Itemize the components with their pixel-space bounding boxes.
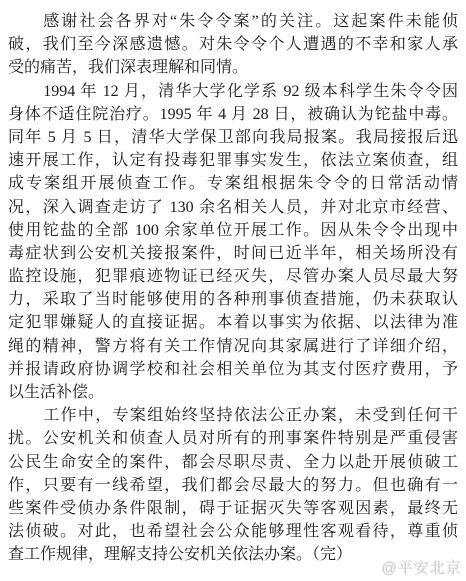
text-line: 作，只要有一线希望，我们都会尽最大的努力。但也确有一 <box>8 474 458 497</box>
text-line: 并报请政府协调学校和社会相关单位为其支付医疗费用，予 <box>8 358 458 381</box>
text-line: 工作中，专案组始终坚持依法公正办案，未受到任何干 <box>8 404 458 427</box>
text-line: 力，采取了当时能够使用的各种刑事侦查措施，仍未获取认 <box>8 288 458 311</box>
text-line: 况，深入调查走访了 130 余名相关人员，并对北京市经营、 <box>8 196 458 219</box>
text-line: 毒症状到公安机关接报案件，时间已近半年，相关场所没有 <box>8 242 458 265</box>
statement-document: 感谢社会各界对“朱令令案”的关注。这起案件未能侦 破，我们至今深感遗憾。对朱令令… <box>8 10 458 567</box>
text-line: 1994 年 12 月，清华大学化学系 92 级本科学生朱令令因 <box>8 80 458 103</box>
text-line: 定犯罪嫌疑人的直接证据。本着以事实为依据、以法律为准 <box>8 311 458 334</box>
text-line: 以生活补偿。 <box>8 381 458 404</box>
text-line: 绳的精神，警方将有关工作情况向其家属进行了详细介绍， <box>8 335 458 358</box>
weibo-watermark: @平安北京 <box>382 557 462 578</box>
text-line: 扰。公安机关和侦查人员对所有的刑事案件特别是严重侵害 <box>8 427 458 450</box>
text-line: 破，我们至今深感遗憾。对朱令令个人遭遇的不幸和家人承 <box>8 33 458 56</box>
text-line: 速开展工作，认定有投毒犯罪事实发生，依法立案侦查，组 <box>8 149 458 172</box>
text-line: 使用铊盐的全部 100 余家单位开展工作。因从朱令令出现中 <box>8 219 458 242</box>
text-line: 感谢社会各界对“朱令令案”的关注。这起案件未能侦 <box>8 10 458 33</box>
text-line: 身体不适住院治疗。1995 年 4 月 28 日，被确认为铊盐中毒。 <box>8 103 458 126</box>
text-line: 同年 5 月 5 日，清华大学保卫部向我局报案。我局接报后迅 <box>8 126 458 149</box>
text-line: 公民生命安全的案件，都会尽职尽责、全力以赴开展侦破工 <box>8 451 458 474</box>
text-line: 些案件受侦办条件限制，碍于证据灭失等客观因素，最终无 <box>8 497 458 520</box>
text-line: 受的痛苦，我们深表理解和同情。 <box>8 56 458 79</box>
text-line: 法侦破。对此，也希望社会公众能够理性客观看待，尊重侦 <box>8 520 458 543</box>
text-line: 成专案组开展侦查工作。专案组根据朱令令的日常活动情 <box>8 172 458 195</box>
text-line: 监控设施，犯罪痕迹物证已经灭失，尽管办案人员尽最大努 <box>8 265 458 288</box>
